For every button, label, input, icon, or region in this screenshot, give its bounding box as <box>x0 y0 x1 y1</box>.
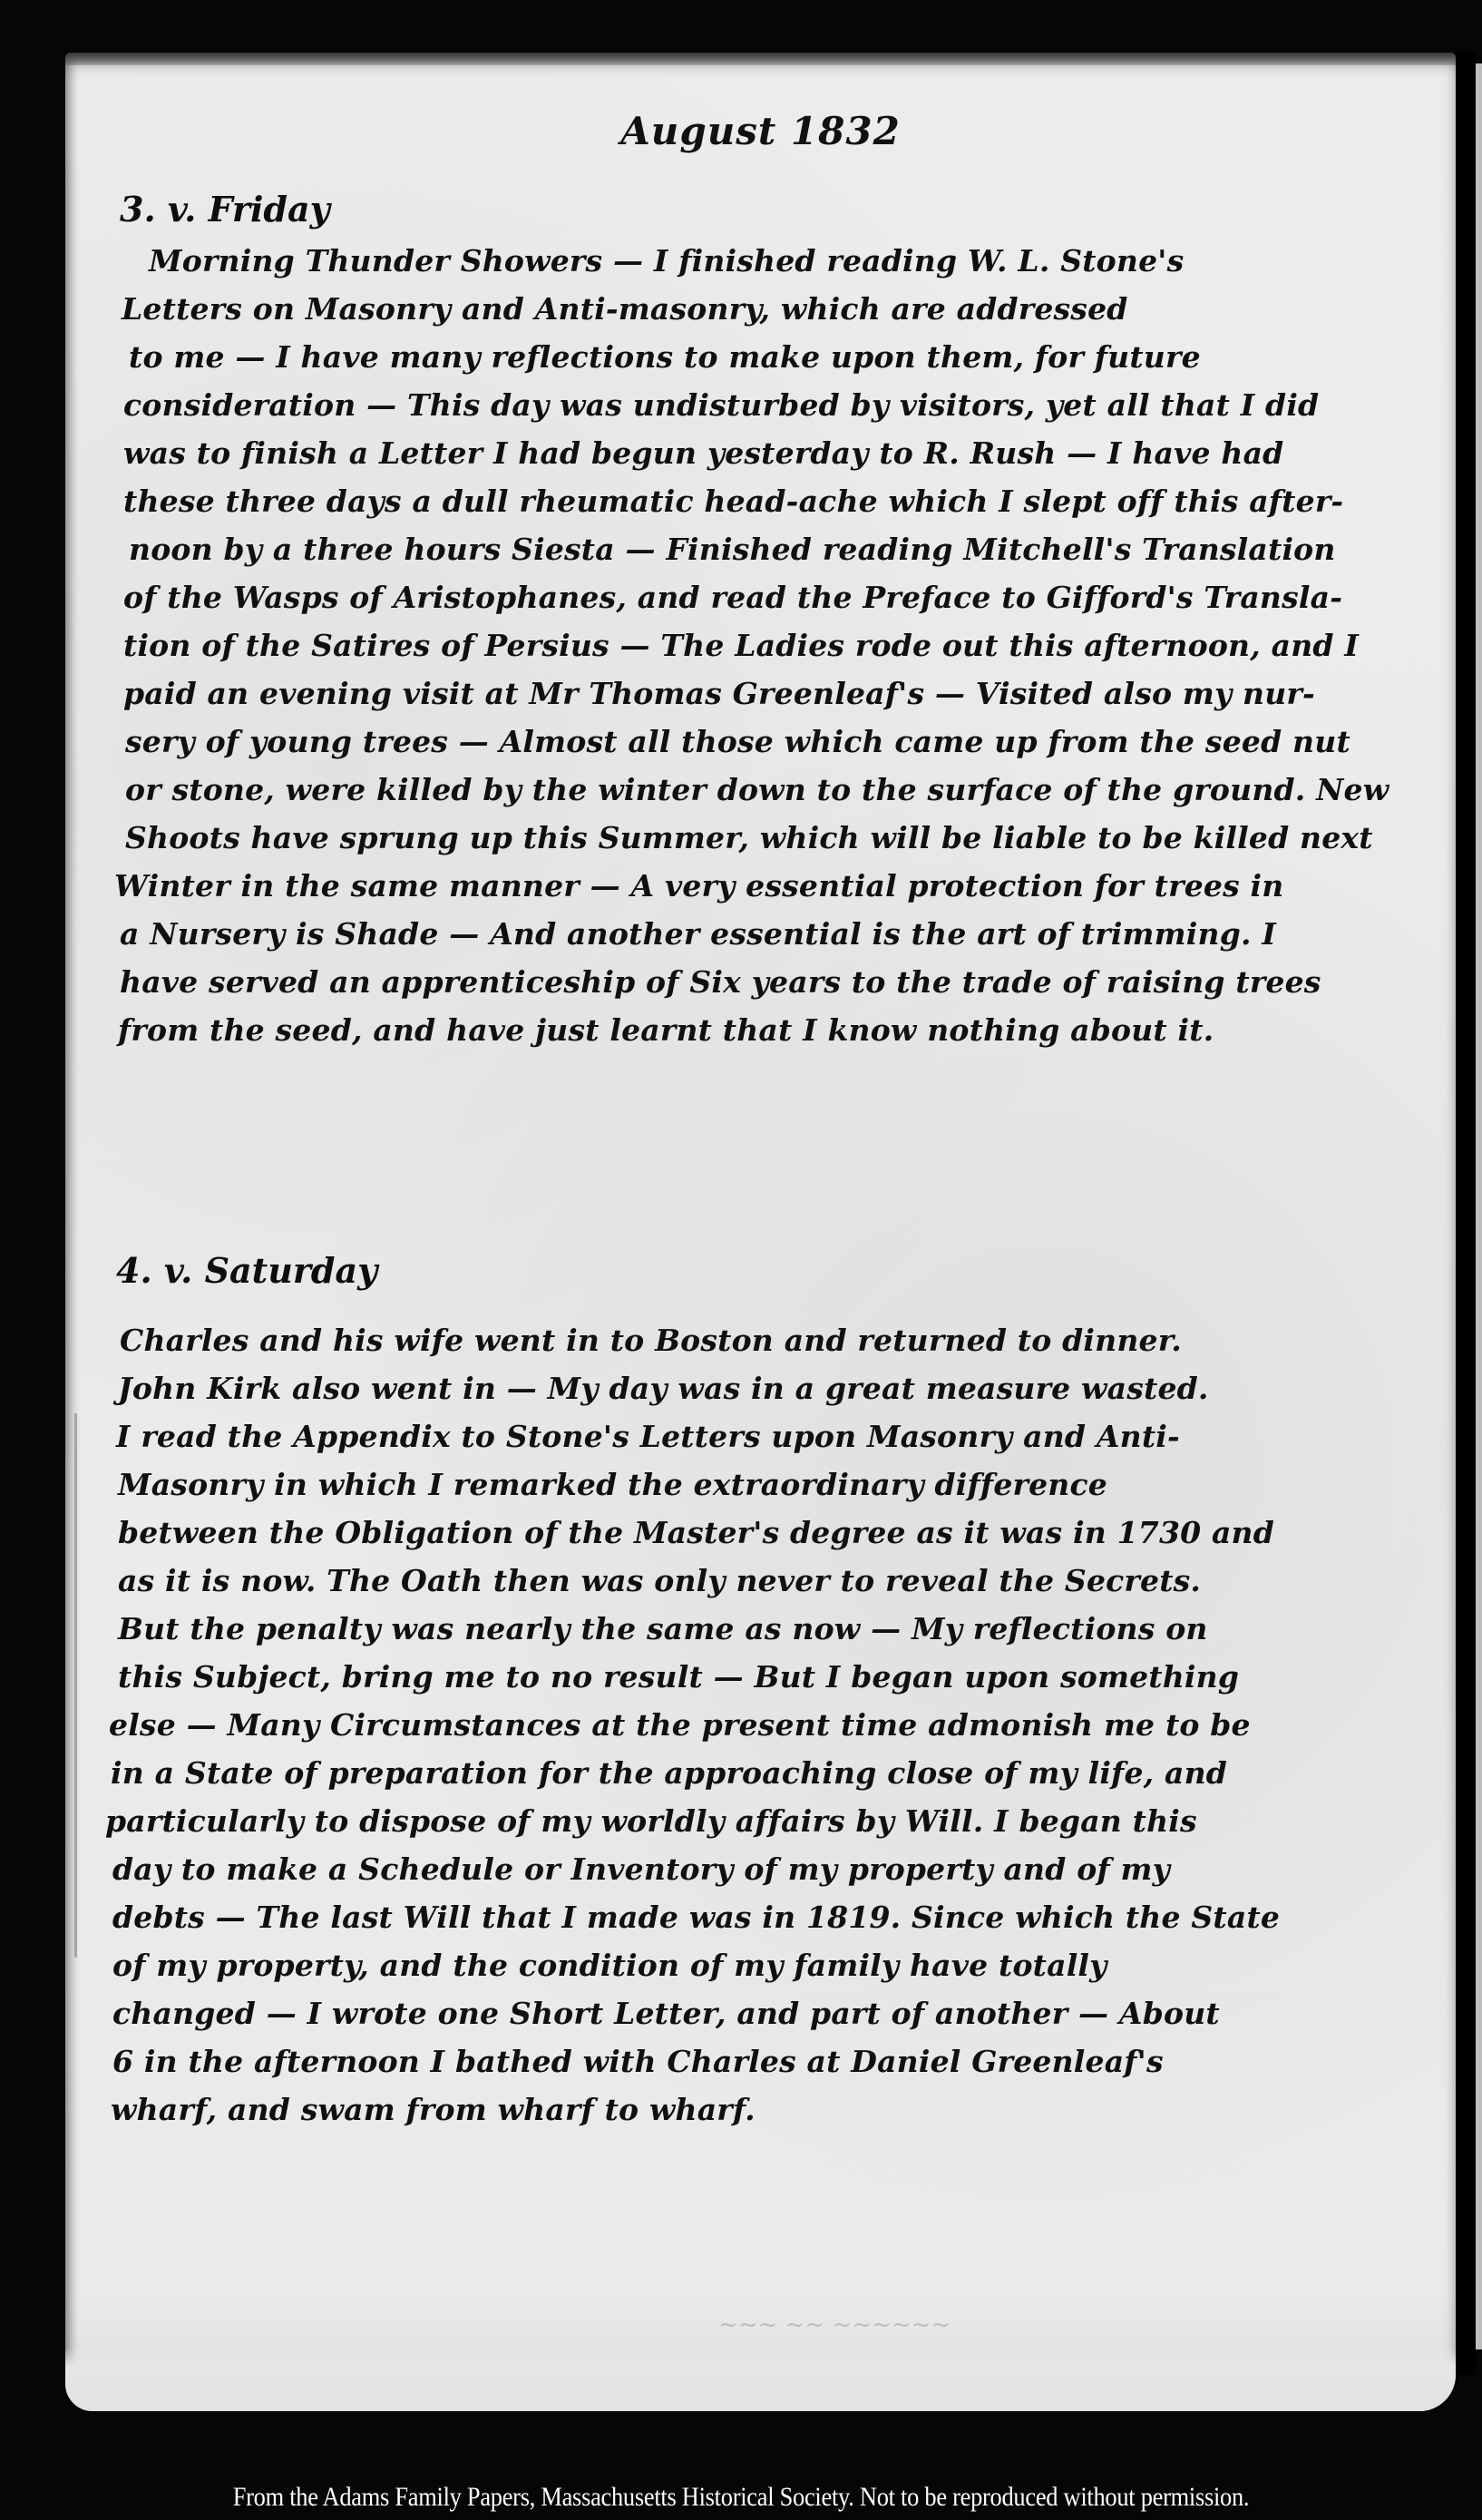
entry-line: have served an apprenticeship of Six yea… <box>120 964 1321 1001</box>
entry-line: else — Many Circumstances at the present… <box>109 1707 1251 1743</box>
entry-line: consideration — This day was undisturbed… <box>123 387 1319 424</box>
entry-line: or stone, were killed by the winter down… <box>125 772 1389 808</box>
page-bottom-edge <box>65 2348 1456 2411</box>
entry-line: from the seed, and have just learnt that… <box>118 1012 1214 1049</box>
entry-line: day to make a Schedule or Inventory of m… <box>112 1851 1170 1888</box>
page-top-edge <box>65 53 1456 65</box>
entry-line: Masonry in which I remarked the extraord… <box>118 1467 1107 1503</box>
entry-line: 6 in the afternoon I bathed with Charles… <box>112 2044 1164 2080</box>
page-heading: August 1832 <box>65 109 1456 153</box>
entry-line: as it is now. The Oath then was only nev… <box>118 1563 1201 1599</box>
entry-line: tion of the Satires of Persius — The Lad… <box>123 628 1359 664</box>
entry-line: in a State of preparation for the approa… <box>111 1755 1227 1792</box>
entry-line: noon by a three hours Siesta — Finished … <box>129 532 1336 568</box>
entry-line: Charles and his wife went in to Boston a… <box>120 1323 1182 1359</box>
entry-line: Morning Thunder Showers — I finished rea… <box>149 243 1184 279</box>
entry-line: to me — I have many reflections to make … <box>129 339 1201 376</box>
entry-line: John Kirk also went in — My day was in a… <box>118 1371 1209 1407</box>
entry-line: these three days a dull rheumatic head-a… <box>123 483 1343 520</box>
entry-line: Shoots have sprung up this Summer, which… <box>125 820 1373 856</box>
entry-line: was to finish a Letter I had begun yeste… <box>123 435 1283 472</box>
manuscript-page: August 1832 3. v. Friday Morning Thunder… <box>65 53 1456 2411</box>
entry-line: of my property, and the condition of my … <box>112 1948 1107 1984</box>
entry-line: between the Obligation of the Master's d… <box>118 1515 1274 1551</box>
entry-line: a Nursery is Shade — And another essenti… <box>120 916 1276 952</box>
copyright-caption: From the Adams Family Papers, Massachuse… <box>89 2482 1393 2513</box>
entry-line: Winter in the same manner — A very essen… <box>114 868 1283 904</box>
entry-line: Letters on Masonry and Anti-masonry, whi… <box>122 291 1128 327</box>
entry-line: paid an evening visit at Mr Thomas Green… <box>123 676 1315 712</box>
entry-line: this Subject, bring me to no result — Bu… <box>118 1659 1239 1695</box>
adjacent-page-edge <box>1476 63 1482 2349</box>
entry-line: particularly to dispose of my worldly af… <box>105 1803 1197 1840</box>
entry-line: sery of young trees — Almost all those w… <box>125 724 1350 760</box>
entry-line: debts — The last Will that I made was in… <box>112 1900 1280 1936</box>
entry-line: I read the Appendix to Stone's Letters u… <box>116 1419 1180 1455</box>
ink-bleed-through: ~~~ ~~ ~~~~~~ <box>718 2311 951 2339</box>
entry-title-friday: 3. v. Friday <box>120 189 330 230</box>
margin-shadow <box>74 1413 77 1958</box>
entry-line: But the penalty was nearly the same as n… <box>118 1611 1208 1647</box>
entry-line: changed — I wrote one Short Letter, and … <box>112 1996 1220 2032</box>
entry-line: of the Wasps of Aristophanes, and read t… <box>123 580 1342 616</box>
entry-line: wharf, and swam from wharf to wharf. <box>111 2092 756 2128</box>
binding-shadow <box>1456 53 1476 2375</box>
entry-title-saturday: 4. v. Saturday <box>116 1250 377 1291</box>
